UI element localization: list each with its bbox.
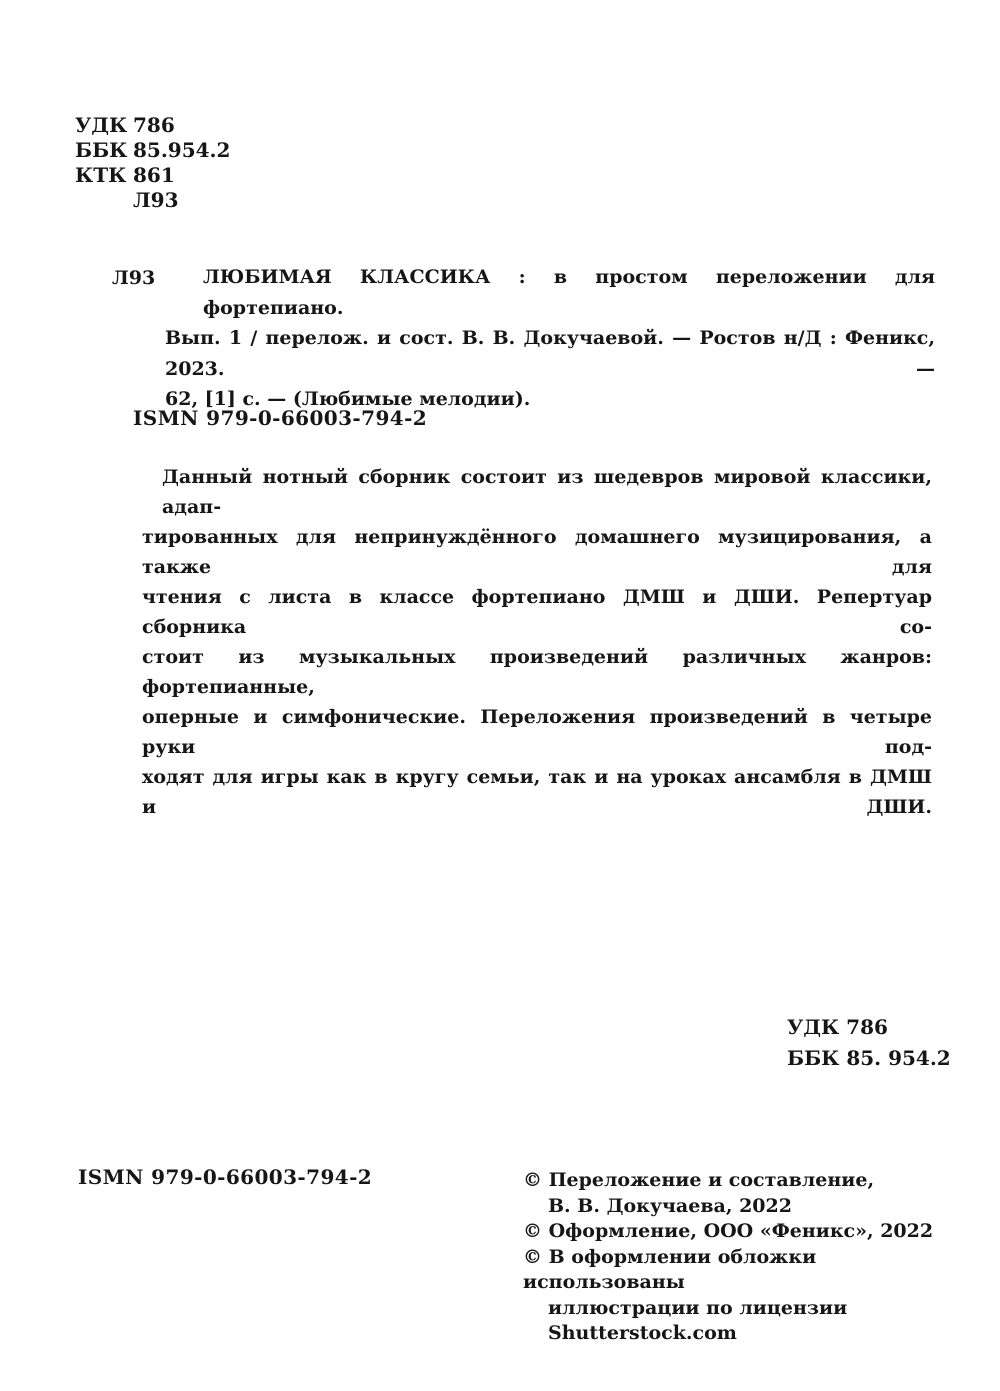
- author-sign-spacer: [75, 188, 133, 213]
- copyright-line-design: © Оформление, ООО «Феникс», 2022: [523, 1219, 963, 1245]
- copyright-block: © Переложение и составление, В. В. Докуч…: [523, 1168, 963, 1347]
- annotation-line: чтения с листа в классе фортепиано ДМШ и…: [142, 582, 932, 642]
- annotation-paragraph: Данный нотный сборник состоит из шедевро…: [142, 462, 932, 822]
- bib-author-sign: Л93: [112, 267, 155, 289]
- annotation-line: тированных для непринуждённого домашнего…: [142, 522, 932, 582]
- ktk-label: КТК: [75, 163, 133, 188]
- book-imprint-page: { "page": { "background_color": "#ffffff…: [0, 0, 1000, 1391]
- udk-bottom: УДК 786: [787, 1012, 951, 1043]
- bbk-bottom: ББК 85. 954.2: [787, 1043, 951, 1074]
- copyright-line-cover: © В оформлении обложки использованы: [523, 1245, 963, 1296]
- bbk-label: ББК: [75, 138, 133, 163]
- ismn-number-bottom: ISMN 979-0-66003-794-2: [78, 1165, 372, 1189]
- copyright-line-author-year: В. В. Докучаева, 2022: [523, 1194, 963, 1220]
- classification-codes-top: УДК 786 ББК 85.954.2 КТК 861 Л93: [75, 113, 230, 213]
- author-sign-value: Л93: [133, 188, 179, 213]
- bbk-value: 85.954.2: [133, 138, 230, 163]
- classification-codes-bottom: УДК 786 ББК 85. 954.2: [787, 1012, 951, 1074]
- bib-line: Вып. 1 / перелож. и сост. В. В. Докучаев…: [165, 323, 935, 384]
- bbk-row: ББК 85.954.2: [75, 138, 230, 163]
- author-sign-row: Л93: [75, 188, 230, 213]
- udk-value: 786: [133, 113, 175, 138]
- copyright-line-license: иллюстрации по лицензии: [523, 1296, 963, 1322]
- bib-line: ЛЮБИМАЯ КЛАССИКА : в простом переложении…: [165, 262, 935, 323]
- ktk-value: 861: [133, 163, 175, 188]
- annotation-line: стоит из музыкальных произведений различ…: [142, 642, 932, 702]
- annotation-line: Данный нотный сборник состоит из шедевро…: [142, 462, 932, 522]
- copyright-line-shutterstock: Shutterstock.com: [523, 1321, 963, 1347]
- annotation-line: ходят для игры как в кругу семьи, так и …: [142, 762, 932, 822]
- ismn-number-top: ISMN 979-0-66003-794-2: [133, 406, 427, 430]
- bibliographic-entry: ЛЮБИМАЯ КЛАССИКА : в простом переложении…: [165, 262, 935, 415]
- udk-label: УДК: [75, 113, 133, 138]
- ktk-row: КТК 861: [75, 163, 230, 188]
- udk-row: УДК 786: [75, 113, 230, 138]
- copyright-line-arrangement: © Переложение и составление,: [523, 1168, 963, 1194]
- annotation-line: оперные и симфонические. Переложения про…: [142, 702, 932, 762]
